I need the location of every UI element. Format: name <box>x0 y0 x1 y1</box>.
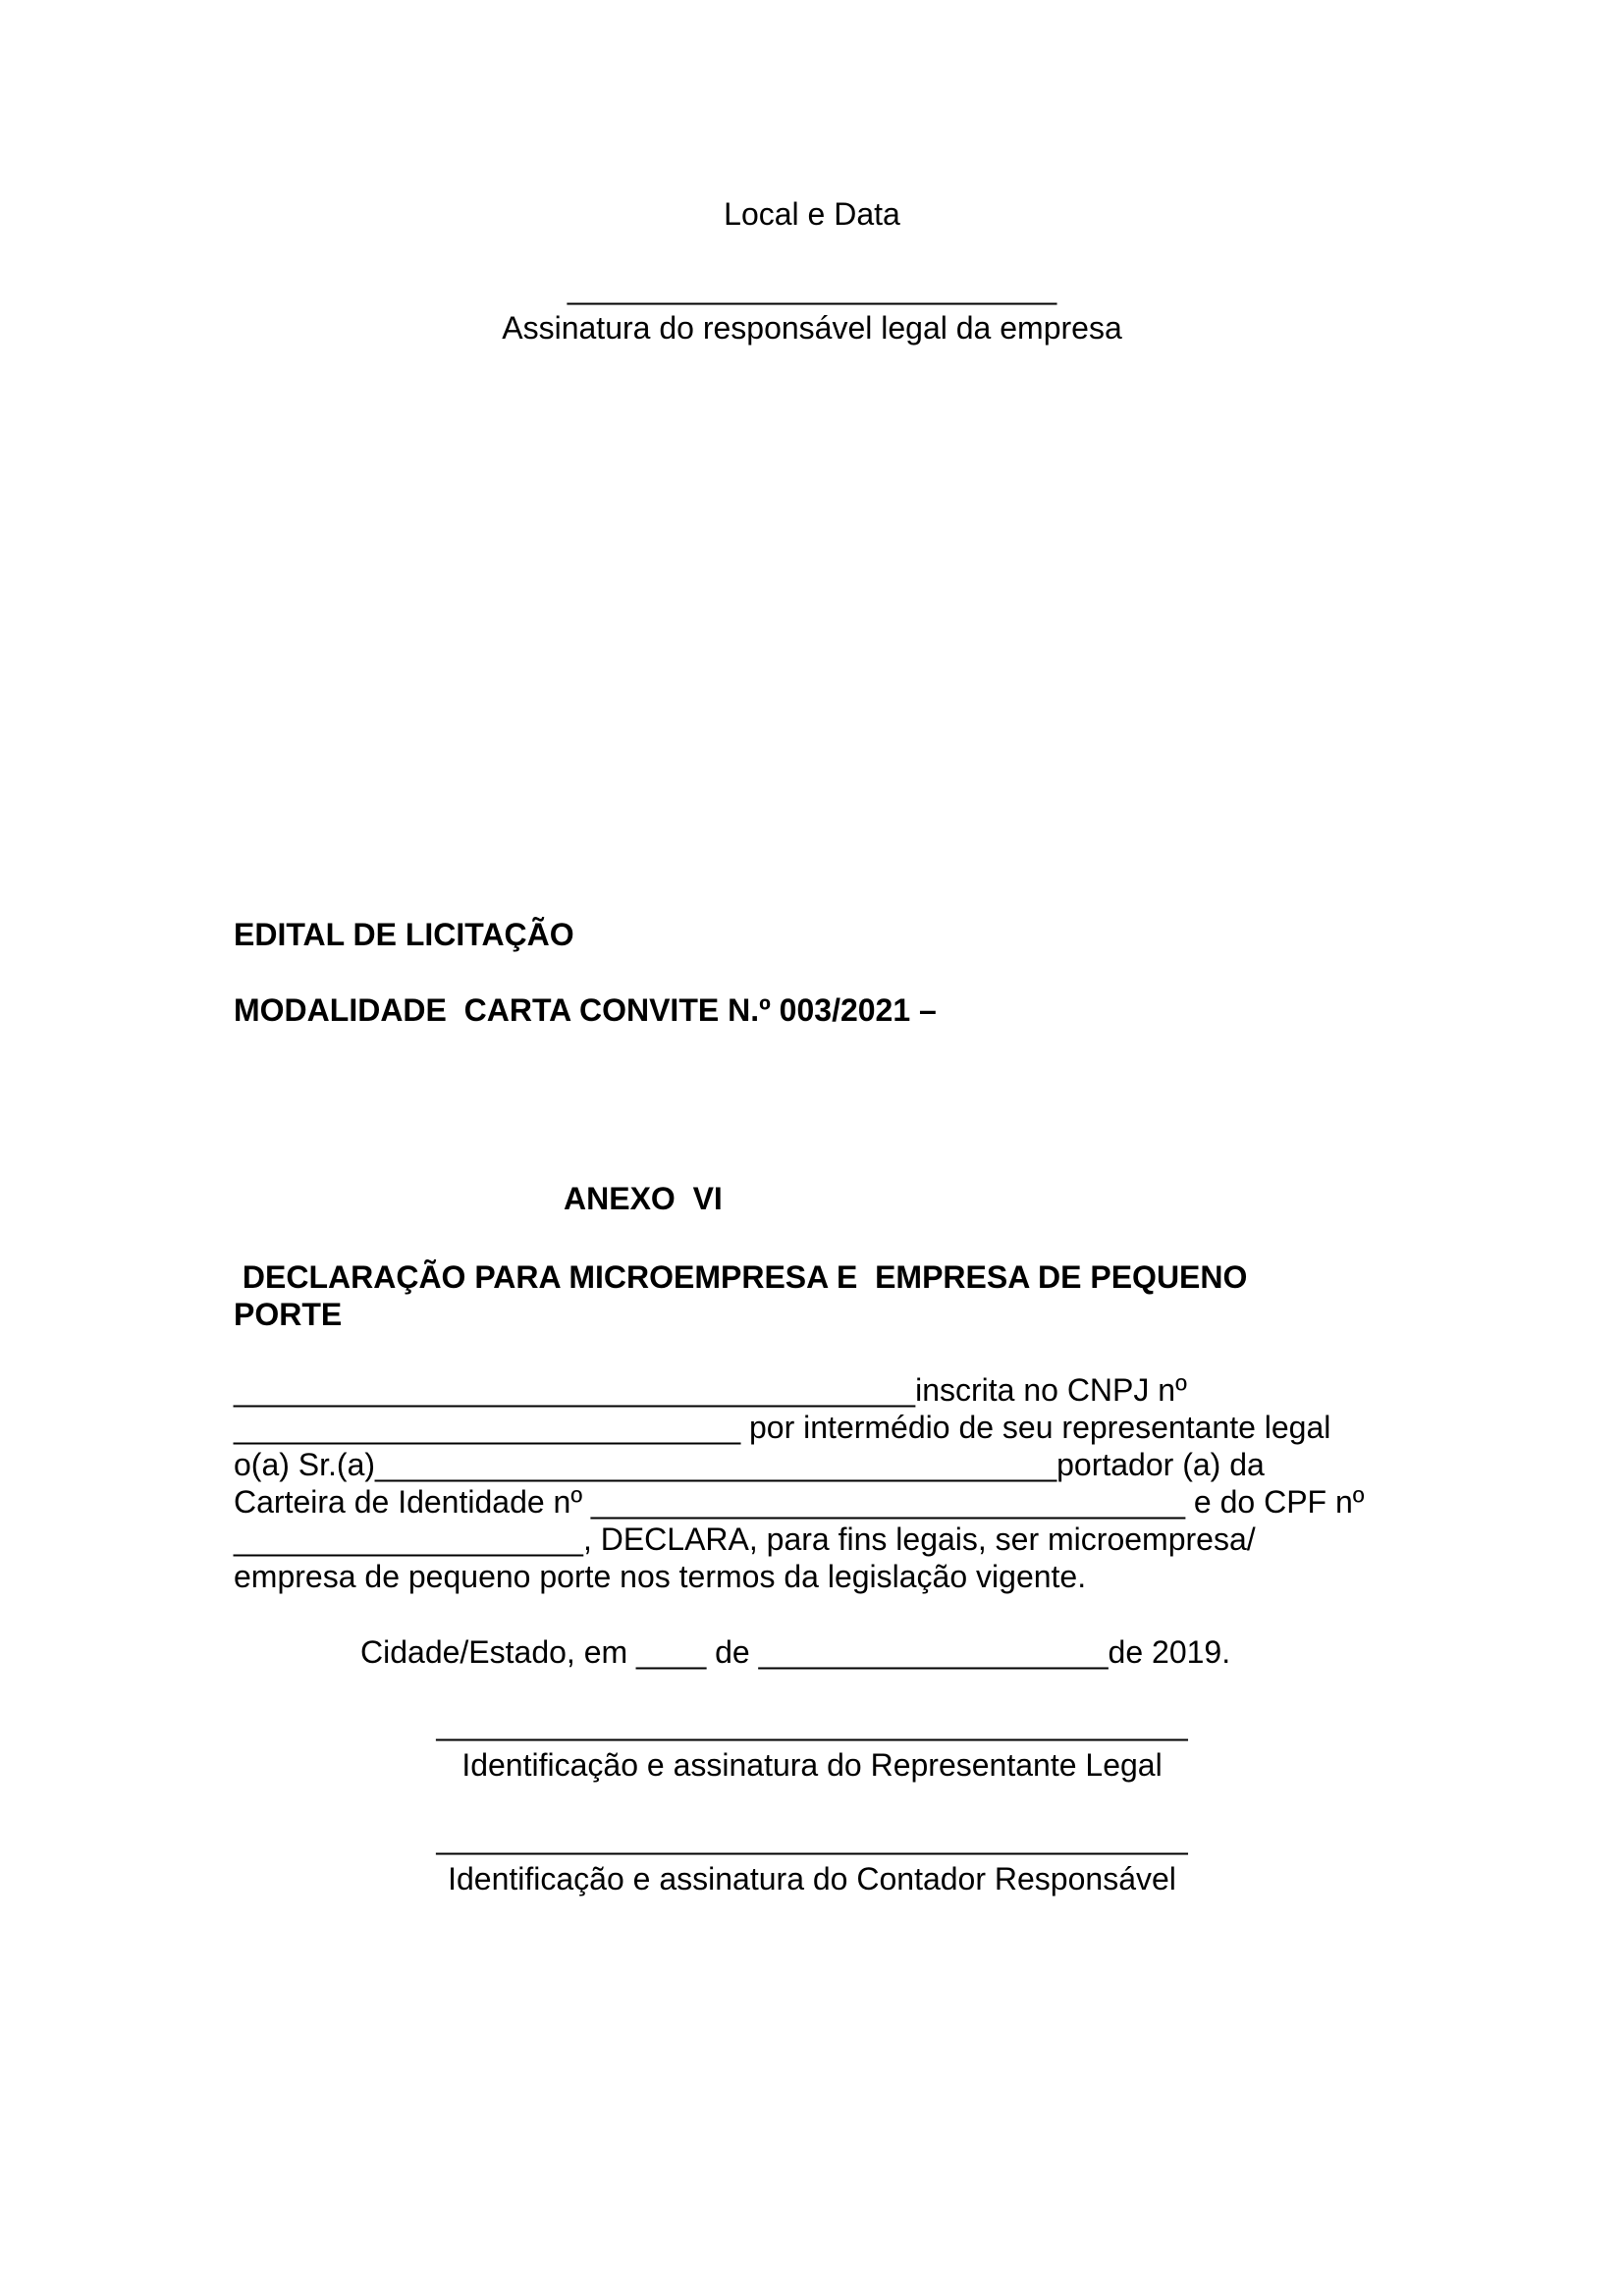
body-line: empresa de pequeno porte nos termos da l… <box>234 1558 1086 1595</box>
body-line: Carteira de Identidade nº ______________… <box>234 1483 1364 1521</box>
annex-title-line-1: DECLARAÇÃO PARA MICROEMPRESA E EMPRESA D… <box>234 1258 1247 1296</box>
city-date-line: Cidade/Estado, em ____ de ______________… <box>360 1633 1230 1671</box>
body-line: ____________________, DECLARA, para fins… <box>234 1521 1256 1558</box>
accountant-signature-line: ________________________________________… <box>0 1819 1624 1856</box>
place-date-label: Local e Data <box>0 195 1624 233</box>
company-signature-label: Assinatura do responsável legal da empre… <box>0 309 1624 347</box>
body-line: _______________________________________i… <box>234 1371 1187 1409</box>
body-line: _____________________________ por interm… <box>234 1409 1330 1446</box>
annex-title-line-2: PORTE <box>234 1296 342 1333</box>
legal-representative-signature-line: ________________________________________… <box>0 1705 1624 1742</box>
body-line: o(a) Sr.(a)_____________________________… <box>234 1446 1265 1483</box>
modality-title: MODALIDADE CARTA CONVITE N.º 003/2021 – <box>234 991 937 1029</box>
company-signature-line: ____________________________ <box>0 269 1624 306</box>
legal-representative-signature-label: Identificação e assinatura do Representa… <box>0 1746 1624 1784</box>
document-page: Local e Data ___________________________… <box>0 0 1624 2296</box>
edital-title: EDITAL DE LICITAÇÃO <box>234 916 574 953</box>
accountant-signature-label: Identificação e assinatura do Contador R… <box>0 1860 1624 1897</box>
annex-number: ANEXO VI <box>564 1180 723 1217</box>
